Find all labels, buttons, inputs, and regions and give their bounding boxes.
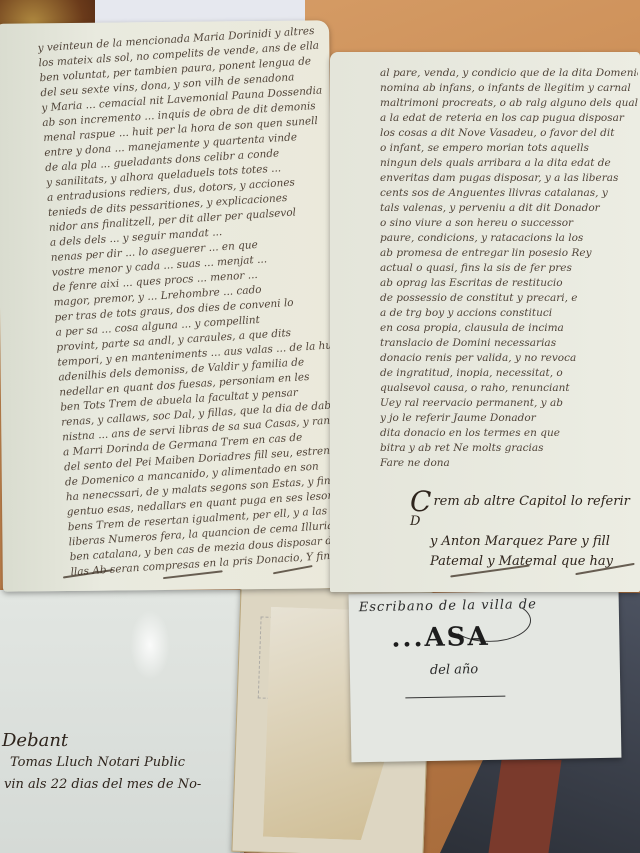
text-line: paure, condicions, y ratacacions la los xyxy=(380,231,638,246)
text-line: actual o quasi, fins la sis de fer pres xyxy=(380,261,638,276)
text-line: ab promesa de entregar lin posesio Rey xyxy=(380,246,638,261)
plastic-glare xyxy=(130,610,170,680)
text-line: enveritas dam pugas disposar, y a las li… xyxy=(380,171,638,186)
text-line: nomina ab infans, o infants de llegitim … xyxy=(380,81,638,96)
notary-name-line: Tomas Lluch Notari Public xyxy=(0,752,201,774)
text-line: cents sos de Anguentes llivras catalanas… xyxy=(380,186,638,201)
text-line: maltrimoni procreats, o ab ralg alguno d… xyxy=(380,96,638,111)
cover-year-label: del año xyxy=(430,662,479,678)
text-line: ningun dels quals arribara a la dita eda… xyxy=(380,156,638,171)
text-line: de ingratitud, inopia, necessitat, o xyxy=(380,366,638,381)
text-line: donacio renis per valida, y no revoca xyxy=(380,351,638,366)
text-line: bitra y ab ret Ne molts gracias xyxy=(380,441,638,456)
cover-blank-rule xyxy=(405,696,505,699)
closing-line: rem ab altre Capitol lo referir D xyxy=(410,494,630,529)
text-line: al pare, venda, y condicio que de la dit… xyxy=(380,66,638,81)
text-line: Uey ral reervacio permanent, y ab xyxy=(380,396,638,411)
text-line: translacio de Domini necessarias xyxy=(380,336,638,351)
text-line: en cosa propia, clausula de incima xyxy=(380,321,638,336)
text-line: los cosas a dit Nove Vasadeu, o favor de… xyxy=(380,126,638,141)
text-line: ab oprag las Escritas de restitucio xyxy=(380,276,638,291)
text-line: a la edat de reteria en los cap pugua di… xyxy=(380,111,638,126)
text-line: o sino viure a son hereu o successor xyxy=(380,216,638,231)
text-line: a de trg boy y accions constituci xyxy=(380,306,638,321)
text-line: Fare ne dona xyxy=(380,456,638,471)
notary-text: Debant Tomas Lluch Notari Public vin als… xyxy=(0,730,201,796)
notarial-document-sleeve: Debant Tomas Lluch Notari Public vin als… xyxy=(0,590,244,853)
closing-line: y Anton Marquez Pare y fill xyxy=(410,532,640,552)
closing-paragraph: Crem ab altre Capitol lo referir D y Ant… xyxy=(410,492,640,572)
manuscript-left-page: y veinteun de la mencionada Maria Dorini… xyxy=(0,20,335,591)
text-line: y jo le referir Jaume Donador xyxy=(380,411,638,426)
text-line: de possessio de constitut y precari, e xyxy=(380,291,638,306)
text-line: o infant, se empero morian tots aquells xyxy=(380,141,638,156)
text-line: qualsevol causa, o raho, renunciant xyxy=(380,381,638,396)
cover-title: ...ASA xyxy=(391,622,490,654)
left-page-text: y veinteun de la mencionada Maria Dorini… xyxy=(37,23,355,580)
manuscript-right-page: al pare, venda, y condicio que de la dit… xyxy=(330,52,640,592)
escribano-cover-sheet: Escribano de la villa de ...ASA del año xyxy=(349,590,622,763)
right-page-text: al pare, venda, y condicio que de la dit… xyxy=(380,66,638,471)
debant-line: Debant xyxy=(0,730,201,752)
text-line: dita donacio en los termes en que xyxy=(380,426,638,441)
text-line: tals valenas, y perveniu a dit dit Donad… xyxy=(380,201,638,216)
date-line: vin als 22 dias del mes de No- xyxy=(0,774,201,796)
